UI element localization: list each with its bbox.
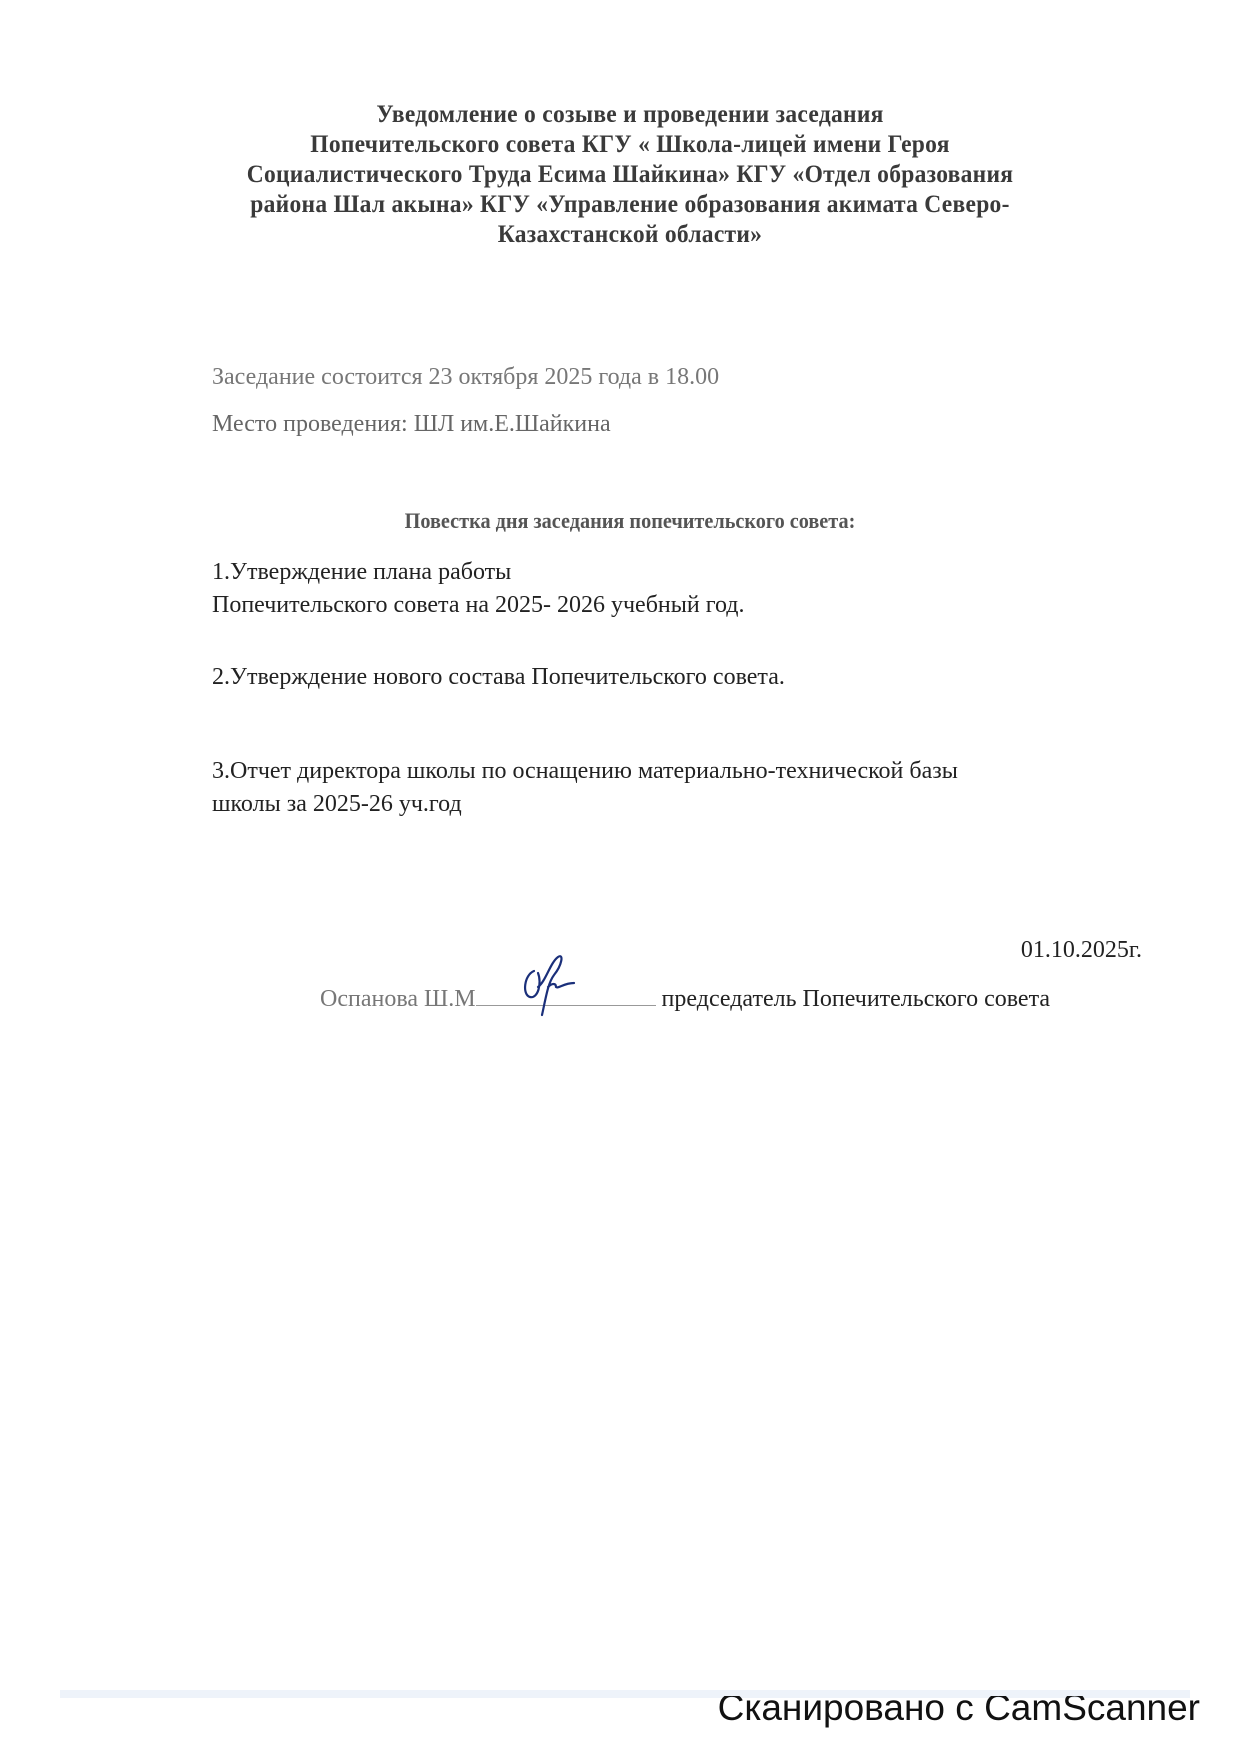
- title-line: Уведомление о созыве и проведении заседа…: [226, 100, 1034, 130]
- agenda-item-line: Попечительского совета на 2025- 2026 уче…: [212, 589, 744, 622]
- signature-line: [476, 985, 656, 1006]
- agenda-item-line: 2.Утверждение нового состава Попечительс…: [212, 661, 785, 694]
- document-page: Уведомление о созыве и проведении заседа…: [0, 0, 1240, 1755]
- meeting-place: Место проведения: ШЛ им.Е.Шайкина: [212, 411, 611, 438]
- title-line: района Шал акына» КГУ «Управление образо…: [226, 190, 1034, 220]
- signer-role: председатель Попечительского совета: [662, 986, 1050, 1012]
- title-line: Казахстанской области»: [226, 220, 1034, 250]
- agenda-heading: Повестка дня заседания попечительского с…: [234, 508, 1025, 534]
- agenda-item-line: 1.Утверждение плана работы: [212, 556, 744, 589]
- document-date: 01.10.2025г.: [1021, 937, 1142, 964]
- agenda-item-line: 3.Отчет директора школы по оснащению мат…: [212, 755, 958, 788]
- agenda-item-line: школы за 2025-26 уч.год: [212, 788, 958, 821]
- signer-name: Оспанова Ш.М: [320, 986, 476, 1012]
- meeting-date: Заседание состоится 23 октября 2025 года…: [212, 364, 719, 391]
- agenda-item: 1.Утверждение плана работы Попечительско…: [212, 556, 744, 622]
- handwritten-signature-icon: [516, 953, 586, 1023]
- title-line: Попечительского совета КГУ « Школа-лицей…: [226, 130, 1034, 160]
- signature-block: Оспанова Ш.М председатель Попечительског…: [320, 985, 1050, 1013]
- agenda-item: 3.Отчет директора школы по оснащению мат…: [212, 755, 958, 821]
- agenda-item: 2.Утверждение нового состава Попечительс…: [212, 661, 785, 694]
- camscanner-watermark: Сканировано с CamScanner: [718, 1696, 1200, 1730]
- watermark-text: Сканировано с CamScanner: [718, 1696, 1200, 1728]
- document-title: Уведомление о созыве и проведении заседа…: [226, 100, 1034, 250]
- title-line: Социалистического Труда Есима Шайкина» К…: [226, 160, 1034, 190]
